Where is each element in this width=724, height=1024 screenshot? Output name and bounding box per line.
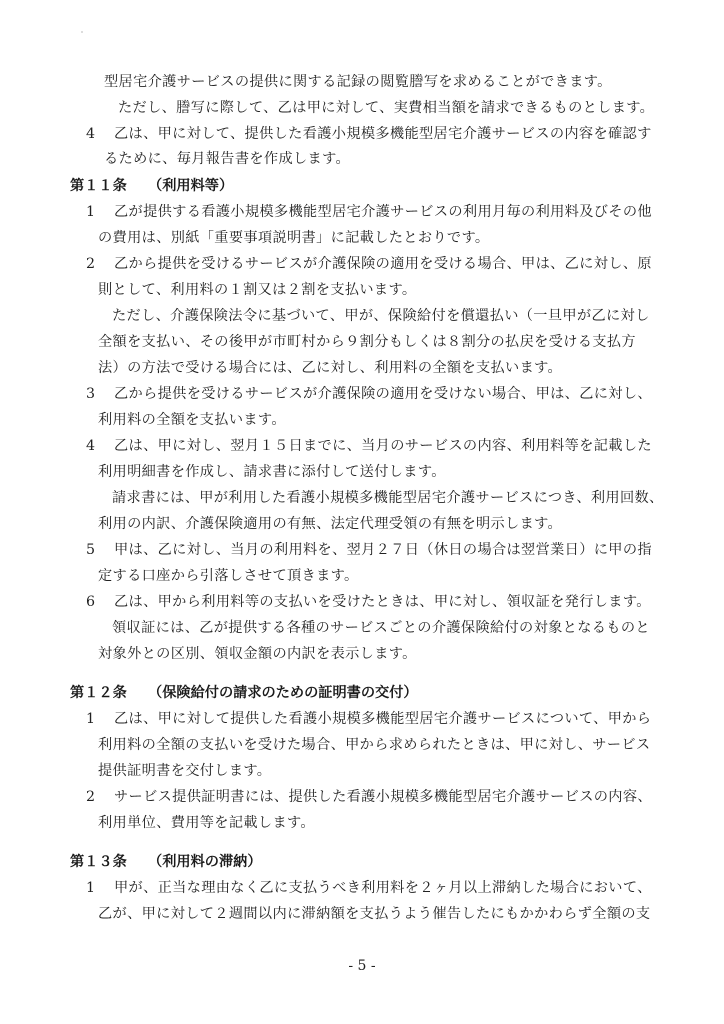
intro-line-2: ただし、謄写に際して、乙は甲に対して、実費相当額を請求できるものとします。 bbox=[118, 98, 654, 118]
article-11-item-1-line-1: 1乙が提供する看護小規模多機能型居宅介護サービスの利用月毎の利用料及びその他 bbox=[86, 202, 652, 222]
item-number: 2 bbox=[86, 254, 114, 274]
intro-line-1: 型居宅介護サービスの提供に関する記録の閲覧謄写を求めることができます。 bbox=[104, 72, 612, 92]
article-11-item-5-line-1: 5甲は、乙に対し、当月の利用料を、翌月２７日（休日の場合は翌営業日）に甲の指 bbox=[86, 540, 652, 560]
article-11-item-2-line-4: 全額を支払い、その後甲が市町村から９割分もしくは８割分の払戻を受ける支払方 bbox=[98, 332, 636, 352]
page-number: - 5 - bbox=[0, 958, 724, 974]
item-number: 3 bbox=[86, 384, 114, 404]
article-13-item-1-line-1: 1甲が、正当な理由なく乙に支払うべき利用料を２ヶ月以上滞納した場合において、 bbox=[86, 878, 652, 898]
article-11-item-4-line-1: 4乙は、甲に対し、翌月１５日までに、当月のサービスの内容、利用料等を記載した bbox=[86, 436, 652, 456]
article-12-item-2-line-1: 2サービス提供証明書には、提供した看護小規模多機能型居宅介護サービスの内容、 bbox=[86, 787, 652, 807]
article-11-item-6-line-3: 対象外との区別、領収金額の内訳を表示します。 bbox=[98, 644, 417, 664]
article-11-item-2-line-5: 法）の方法で受ける場合には、乙に対し、利用料の全額を支払います。 bbox=[98, 358, 562, 378]
article-13-item-1-line-2: 乙が、甲に対して２週間以内に滞納額を支払うよう催告したにもかかわらず全額の支 bbox=[98, 904, 650, 924]
item-number: 1 bbox=[86, 878, 114, 898]
article-11-item-3-line-1: 3乙から提供を受けるサービスが介護保険の適用を受けない場合、甲は、乙に対し、 bbox=[86, 384, 652, 404]
article-title: （保険給付の請求のための証明書の交付） bbox=[148, 685, 418, 701]
intro-item-4-line-1: 4乙は、甲に対して、提供した看護小規模多機能型居宅介護サービスの内容を確認す bbox=[86, 124, 652, 144]
document-page: 型居宅介護サービスの提供に関する記録の閲覧謄写を求めることができます。 ただし、… bbox=[0, 0, 724, 1024]
item-number: 2 bbox=[86, 787, 114, 807]
article-11-item-1-line-2: の費用は、別紙「重要事項説明書」に記載したとおりです。 bbox=[98, 228, 489, 248]
intro-item-4-line-2: るために、毎月報告書を作成します。 bbox=[104, 149, 350, 169]
article-11-item-4-line-3: 請求書には、甲が利用した看護小規模多機能型居宅介護サービスにつき、利用回数、 bbox=[112, 488, 664, 508]
item-number: 1 bbox=[86, 202, 114, 222]
article-11-item-2-line-1: 2乙から提供を受けるサービスが介護保険の適用を受ける場合、甲は、乙に対し、原 bbox=[86, 254, 652, 274]
article-number: 第１２条 bbox=[70, 683, 148, 703]
article-11-item-2-line-2: 則として、利用料の１割又は２割を支払います。 bbox=[98, 280, 416, 300]
article-11-item-4-line-4: 利用の内訳、介護保険適用の有無、法定代理受領の有無を明示します。 bbox=[98, 514, 562, 534]
article-11-item-2-line-3: ただし、介護保険法令に基づいて、甲が、保険給付を償還払い（一旦甲が乙に対し bbox=[112, 306, 650, 326]
article-number: 第１１条 bbox=[70, 176, 148, 196]
article-11-heading: 第１１条（利用料等） bbox=[70, 176, 233, 196]
article-11-item-4-line-2: 利用明細書を作成し、請求書に添付して送付します。 bbox=[98, 462, 446, 482]
article-12-item-1-line-3: 提供証明書を交付します。 bbox=[98, 761, 271, 781]
article-12-item-2-line-2: 利用単位、費用等を記載します。 bbox=[98, 813, 315, 833]
item-number: 6 bbox=[86, 592, 114, 612]
item-number: 5 bbox=[86, 540, 114, 560]
scan-speck bbox=[81, 31, 83, 33]
article-number: 第１３条 bbox=[70, 852, 148, 872]
article-12-item-1-line-2: 利用料の全額の支払いを受けた場合、甲から求められたときは、甲に対し、サービス bbox=[98, 735, 650, 755]
article-title: （利用料等） bbox=[148, 178, 233, 194]
item-number: 1 bbox=[86, 709, 114, 729]
article-13-heading: 第１３条（利用料の滞納） bbox=[70, 852, 262, 872]
article-11-item-6-line-1: 6乙は、甲から利用料等の支払いを受けたときは、甲に対し、領収証を発行します。 bbox=[86, 592, 651, 612]
article-11-item-5-line-2: 定する口座から引落しさせて頂きます。 bbox=[98, 566, 359, 586]
item-number: 4 bbox=[86, 124, 114, 144]
item-number: 4 bbox=[86, 436, 114, 456]
article-11-item-3-line-2: 利用料の全額を支払います。 bbox=[98, 410, 286, 430]
article-11-item-6-line-2: 領収証には、乙が提供する各種のサービスごとの介護保険給付の対象となるものと bbox=[112, 618, 650, 638]
article-title: （利用料の滞納） bbox=[148, 854, 262, 870]
article-12-heading: 第１２条（保険給付の請求のための証明書の交付） bbox=[70, 683, 418, 703]
article-12-item-1-line-1: 1乙は、甲に対して提供した看護小規模多機能型居宅介護サービスについて、甲から bbox=[86, 709, 651, 729]
